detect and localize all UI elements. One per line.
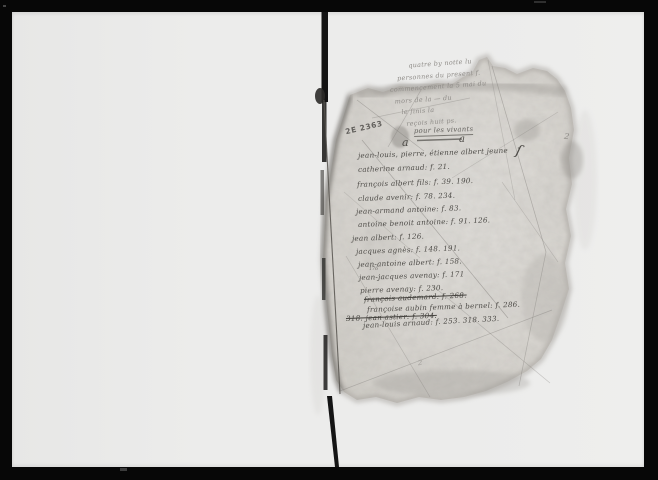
border-speck <box>120 468 127 471</box>
spine-bar <box>322 12 329 102</box>
stain <box>362 220 398 280</box>
border-speck <box>3 5 6 7</box>
manuscript-fragment <box>323 57 574 403</box>
stain <box>514 119 540 141</box>
spine-streak <box>322 258 326 300</box>
scan-canvas: 2E 2363 quatre by notte lu personnes du … <box>0 0 658 480</box>
spine-streak <box>324 335 328 390</box>
stain <box>374 370 530 396</box>
page-smudge <box>573 110 597 250</box>
stain <box>521 254 569 342</box>
spine-streak <box>321 170 325 215</box>
scan-artwork <box>0 0 658 480</box>
fragment-mottle <box>323 57 574 403</box>
border-speck <box>534 1 546 3</box>
spine-taper <box>327 396 339 467</box>
spine-knot <box>315 88 325 104</box>
